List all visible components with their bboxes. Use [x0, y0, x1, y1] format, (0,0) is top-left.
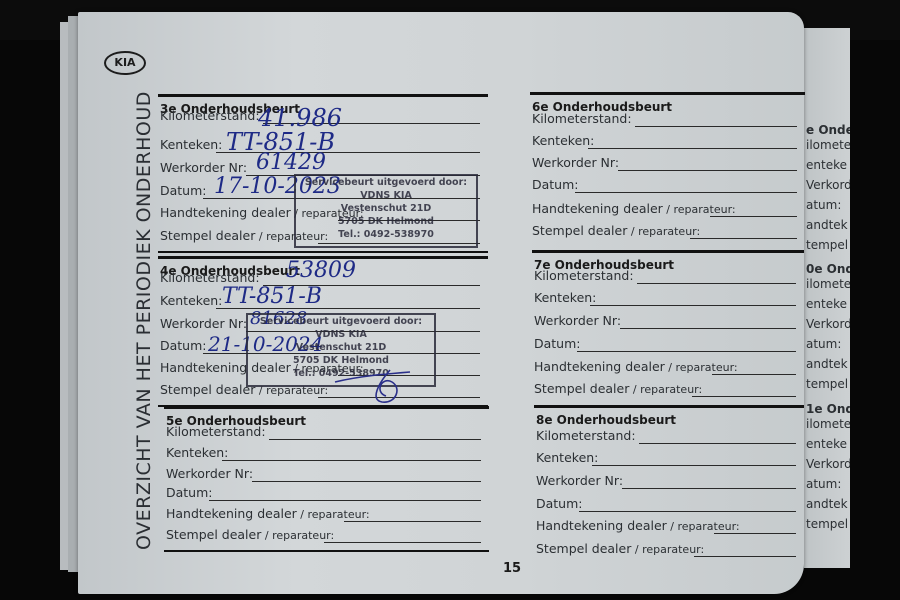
- field-label-km: Kilometerstand:: [160, 270, 260, 285]
- dealer-stamp: Servicebeurt uitgevoerd door: VDNS KIA V…: [294, 174, 478, 248]
- field-label-km: Kilometerstand:: [534, 268, 634, 283]
- field-label-datum: Datum:: [160, 183, 207, 198]
- field-line-datum[interactable]: [209, 500, 481, 501]
- field-label-werkorder: Werkorder Nr:: [166, 466, 253, 481]
- field-line-stempel[interactable]: [694, 556, 796, 557]
- next-page-row-fragment: enteke: [806, 158, 850, 172]
- field-label-km: Kilometerstand:: [166, 424, 266, 439]
- field-label-kenteken: Kenteken:: [534, 290, 596, 305]
- field-label-kenteken: Kenteken:: [532, 133, 594, 148]
- field-label-kenteken: Kenteken:: [160, 137, 222, 152]
- field-line-km[interactable]: [637, 283, 796, 284]
- field-label-datum: Datum:: [160, 338, 207, 353]
- field-line-hand[interactable]: [714, 533, 796, 534]
- field-label-stempel: Stempel dealer / reparateur:: [536, 541, 704, 556]
- field-line-werkorder[interactable]: [252, 481, 481, 482]
- field-line-hand[interactable]: [710, 216, 797, 217]
- section-divider: [532, 250, 804, 253]
- field-line-stempel[interactable]: [324, 542, 481, 543]
- section-divider: [164, 406, 489, 409]
- field-label-datum: Datum:: [536, 496, 583, 511]
- entry-title: 8e Onderhoudsbeurt: [536, 413, 676, 427]
- next-page-row-fragment: atum:: [806, 198, 850, 212]
- field-label-werkorder: Werkorder Nr:: [532, 155, 619, 170]
- field-label-stempel: Stempel dealer / reparateur:: [166, 527, 334, 542]
- signature: [330, 362, 420, 407]
- field-label-stempel: Stempel dealer / reparateur:: [532, 223, 700, 238]
- field-line-werkorder[interactable]: [622, 488, 796, 489]
- next-page-row-fragment: Verkord: [806, 178, 850, 192]
- handwritten-kenteken: TT-851-B: [222, 284, 322, 309]
- next-page-title-fragment: e Onde: [806, 123, 850, 137]
- field-label-km: Kilometerstand:: [536, 428, 636, 443]
- next-page-row-fragment: tempel: [806, 377, 850, 391]
- field-label-km: Kilometerstand:: [532, 111, 632, 126]
- field-line-datum[interactable]: [577, 351, 796, 352]
- section-divider: [158, 251, 488, 253]
- field-line-stempel[interactable]: [690, 238, 797, 239]
- field-label-hand: Handtekening dealer / reparateur:: [532, 201, 736, 216]
- field-label-hand: Handtekening dealer / reparateur:: [536, 518, 740, 533]
- next-page-row-fragment: andtek: [806, 497, 850, 511]
- side-title: OVERZICHT VAN HET PERIODIEK ONDERHOUD: [133, 91, 155, 550]
- field-line-kenteken[interactable]: [588, 148, 797, 149]
- field-line-werkorder[interactable]: [620, 328, 796, 329]
- field-line-datum[interactable]: [579, 511, 796, 512]
- next-page-row-fragment: andtek: [806, 218, 850, 232]
- handwritten-kilometerstand: 53809: [286, 258, 356, 283]
- section-divider: [534, 405, 804, 408]
- section-divider: [164, 550, 489, 552]
- field-label-werkorder: Werkorder Nr:: [160, 316, 247, 331]
- next-page-row-fragment: enteke: [806, 437, 850, 451]
- field-line-werkorder[interactable]: [618, 170, 797, 171]
- next-page-row-fragment: enteke: [806, 297, 850, 311]
- field-label-datum: Datum:: [532, 177, 579, 192]
- field-line-kenteken[interactable]: [222, 460, 481, 461]
- field-label-kenteken: Kenteken:: [536, 450, 598, 465]
- next-page-title-fragment: 0e Ond: [806, 262, 850, 276]
- section-divider: [530, 92, 805, 95]
- field-label-werkorder: Werkorder Nr:: [536, 473, 623, 488]
- field-line-km[interactable]: [269, 439, 481, 440]
- field-label-hand: Handtekening dealer / reparateur:: [534, 359, 738, 374]
- field-line-hand[interactable]: [344, 521, 481, 522]
- next-page-row-fragment: atum:: [806, 477, 850, 491]
- next-page-row-fragment: tempel: [806, 517, 850, 531]
- section-divider: [158, 94, 488, 97]
- next-page-row-fragment: ilomete: [806, 277, 850, 291]
- field-label-kenteken: Kenteken:: [160, 293, 222, 308]
- next-page-row-fragment: ilomete: [806, 417, 850, 431]
- next-page-row-fragment: Verkord: [806, 457, 850, 471]
- field-line-kenteken[interactable]: [590, 305, 796, 306]
- field-line-kenteken[interactable]: [592, 465, 796, 466]
- next-page-row-fragment: Verkord: [806, 317, 850, 331]
- field-line-km[interactable]: [635, 126, 797, 127]
- field-label-datum: Datum:: [534, 336, 581, 351]
- field-line-datum[interactable]: [575, 192, 797, 193]
- field-line-km[interactable]: [639, 443, 796, 444]
- next-page-row-fragment: ilomete: [806, 138, 850, 152]
- field-line-hand[interactable]: [712, 374, 796, 375]
- next-page-row-fragment: andtek: [806, 357, 850, 371]
- next-page-row-fragment: tempel: [806, 238, 850, 252]
- kia-logo: KIA: [104, 51, 146, 75]
- field-label-kenteken: Kenteken:: [166, 445, 228, 460]
- page-number: 15: [503, 561, 521, 576]
- field-label-datum: Datum:: [166, 485, 213, 500]
- field-label-km: Kilometerstand:: [160, 108, 260, 123]
- field-line-stempel[interactable]: [692, 396, 796, 397]
- field-label-werkorder: Werkorder Nr:: [160, 160, 247, 175]
- field-label-stempel: Stempel dealer / reparateur:: [534, 381, 702, 396]
- next-page-title-fragment: 1e Onde: [806, 402, 850, 416]
- next-page-row-fragment: atum:: [806, 337, 850, 351]
- field-label-werkorder: Werkorder Nr:: [534, 313, 621, 328]
- field-label-hand: Handtekening dealer / reparateur:: [166, 506, 370, 521]
- handwritten-werkorder: 61429: [256, 150, 326, 175]
